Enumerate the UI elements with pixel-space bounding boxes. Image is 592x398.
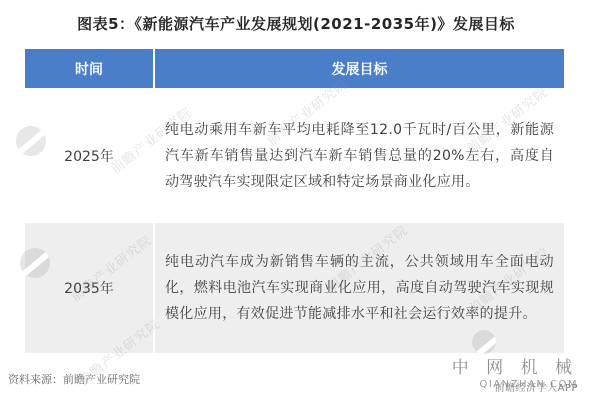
header-cell-goal: 发展目标 [155, 49, 564, 88]
chart-title: 图表5：《新能源汽车产业发展规划(2021-2035年)》发展目标 [0, 13, 592, 34]
brand-overlap-line: QIANZHAN.COM 前瞻经济学人APP [466, 378, 578, 391]
cell-time-2025: 2025年 [25, 88, 155, 223]
cell-time-2035: 2035年 [25, 223, 155, 353]
brand-name: 中 网 机 械 [452, 353, 578, 378]
brand-overlay-cn: 前瞻经济学人APP [495, 379, 578, 394]
header-cell-time: 时间 [25, 49, 155, 88]
table-row: 2035年 纯电动汽车成为新销售车辆的主流，公共领域用车全面电动化，燃料电池汽车… [25, 223, 564, 353]
table-header-row: 时间 发展目标 [25, 49, 564, 88]
figure-canvas: 图表5：《新能源汽车产业发展规划(2021-2035年)》发展目标 时间 发展目… [0, 0, 592, 398]
cell-goal-2025: 纯电动乘用车新车平均电耗降至12.0千瓦时/百公里，新能源汽车新车销售量达到汽车… [155, 88, 564, 223]
cell-goal-2035: 纯电动汽车成为新销售车辆的主流，公共领域用车全面电动化，燃料电池汽车实现商业化应… [155, 223, 564, 353]
corner-brand: 中 网 机 械 QIANZHAN.COM 前瞻经济学人APP [452, 353, 578, 391]
goal-text-2025: 纯电动乘用车新车平均电耗降至12.0千瓦时/百公里，新能源汽车新车销售量达到汽车… [165, 117, 554, 195]
goal-text-2035: 纯电动汽车成为新销售车辆的主流，公共领域用车全面电动化，燃料电池汽车实现商业化应… [165, 249, 554, 327]
table-row: 2025年 纯电动乘用车新车平均电耗降至12.0千瓦时/百公里，新能源汽车新车销… [25, 88, 564, 223]
development-goals-table: 时间 发展目标 2025年 纯电动乘用车新车平均电耗降至12.0千瓦时/百公里，… [25, 49, 564, 353]
source-note: 资料来源：前瞻产业研究院 [8, 371, 140, 387]
